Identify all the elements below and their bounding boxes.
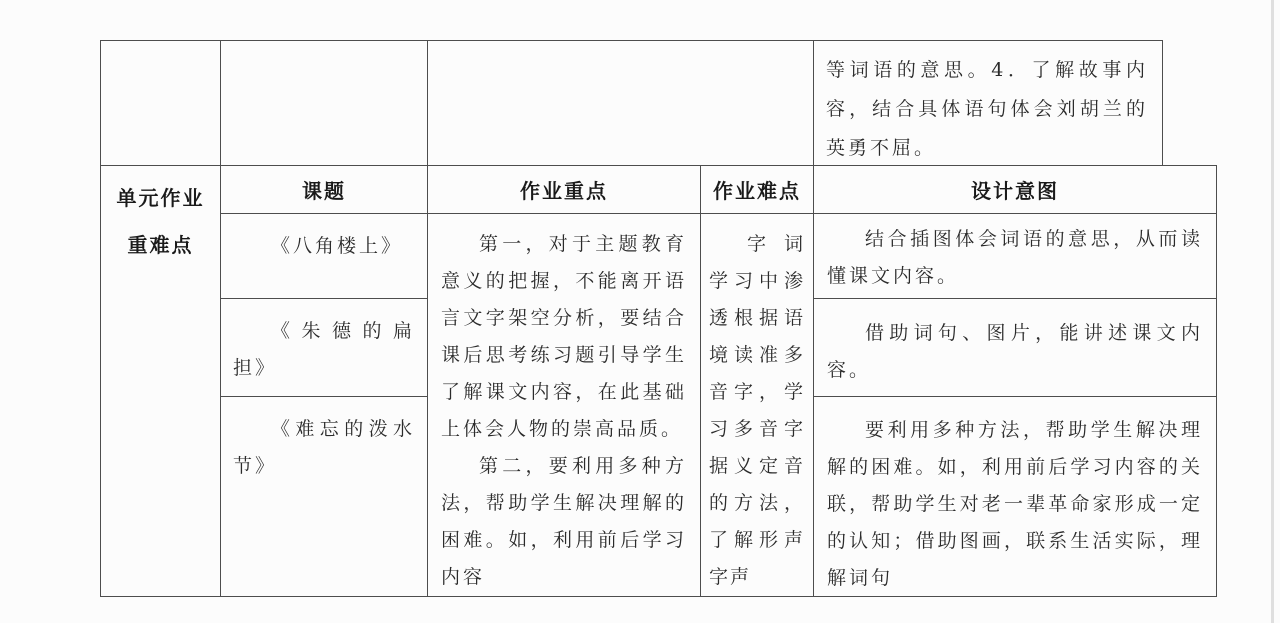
topic-cell-nanwangdeposhuijie: 《难忘的泼水节》	[220, 396, 428, 597]
design-intent-cell-1: 结合插图体会词语的意思，从而读懂课文内容。	[813, 213, 1217, 299]
header-topic: 课题	[220, 165, 428, 214]
focus-paragraph-2: 第二，要利用多种方法，帮助学生解决理解的困难。如，利用前后学习内容	[441, 448, 687, 596]
stub-line-1: 单元作业	[101, 176, 220, 223]
header-design-intent: 设计意图	[813, 165, 1217, 214]
design-intent-cell-2: 借助词句、图片，能讲述课文内容。	[813, 298, 1217, 397]
scanned-document-page: 等词语的意思。4．了解故事内容，结合具体语句体会刘胡兰的英勇不屈。 单元作业 重…	[0, 0, 1280, 623]
topic-cell-zhudedebiandan: 《朱德的扁担》	[220, 298, 428, 397]
topic-title-3: 《难忘的泼水节》	[233, 411, 415, 485]
design-intent-cell-3: 要利用多种方法，帮助学生解决理解的困难。如，利用前后学习内容的关联，帮助学生对老…	[813, 396, 1217, 597]
header-homework-difficulty: 作业难点	[700, 165, 814, 214]
scan-edge-artifact	[1271, 0, 1274, 623]
stub-line-2: 重难点	[101, 223, 220, 270]
prev-row-empty-cell-1	[100, 40, 221, 166]
difficulty-text: 字词学习中渗透根据语境读准多音字，学习多音字据义定音的方法，了解形声字声	[709, 226, 805, 596]
topic-title-2: 《朱德的扁担》	[233, 313, 415, 387]
design-intent-text-2: 借助词句、图片，能讲述课文内容。	[827, 315, 1203, 389]
topic-title-1: 《八角楼上》	[233, 228, 415, 265]
unit-homework-key-points-stub-cell: 单元作业 重难点	[100, 165, 221, 597]
design-intent-continuation-text: 等词语的意思。4．了解故事内容，结合具体语句体会刘胡兰的英勇不屈。	[826, 51, 1148, 166]
prev-row-design-intent-tail-cell: 等词语的意思。4．了解故事内容，结合具体语句体会刘胡兰的英勇不屈。	[813, 40, 1163, 166]
design-intent-text-3: 要利用多种方法，帮助学生解决理解的困难。如，利用前后学习内容的关联，帮助学生对老…	[827, 412, 1203, 597]
homework-focus-cell: 第一，对于主题教育意义的把握，不能离开语言文字架空分析，要结合课后思考练习题引导…	[427, 213, 701, 597]
topic-cell-bajiaoloushang: 《八角楼上》	[220, 213, 428, 299]
header-homework-focus: 作业重点	[427, 165, 701, 214]
prev-row-empty-cell-3	[427, 40, 814, 166]
prev-row-empty-cell-2	[220, 40, 428, 166]
homework-difficulty-cell: 字词学习中渗透根据语境读准多音字，学习多音字据义定音的方法，了解形声字声	[700, 213, 814, 597]
focus-paragraph-1: 第一，对于主题教育意义的把握，不能离开语言文字架空分析，要结合课后思考练习题引导…	[441, 226, 687, 448]
design-intent-text-1: 结合插图体会词语的意思，从而读懂课文内容。	[827, 221, 1203, 295]
